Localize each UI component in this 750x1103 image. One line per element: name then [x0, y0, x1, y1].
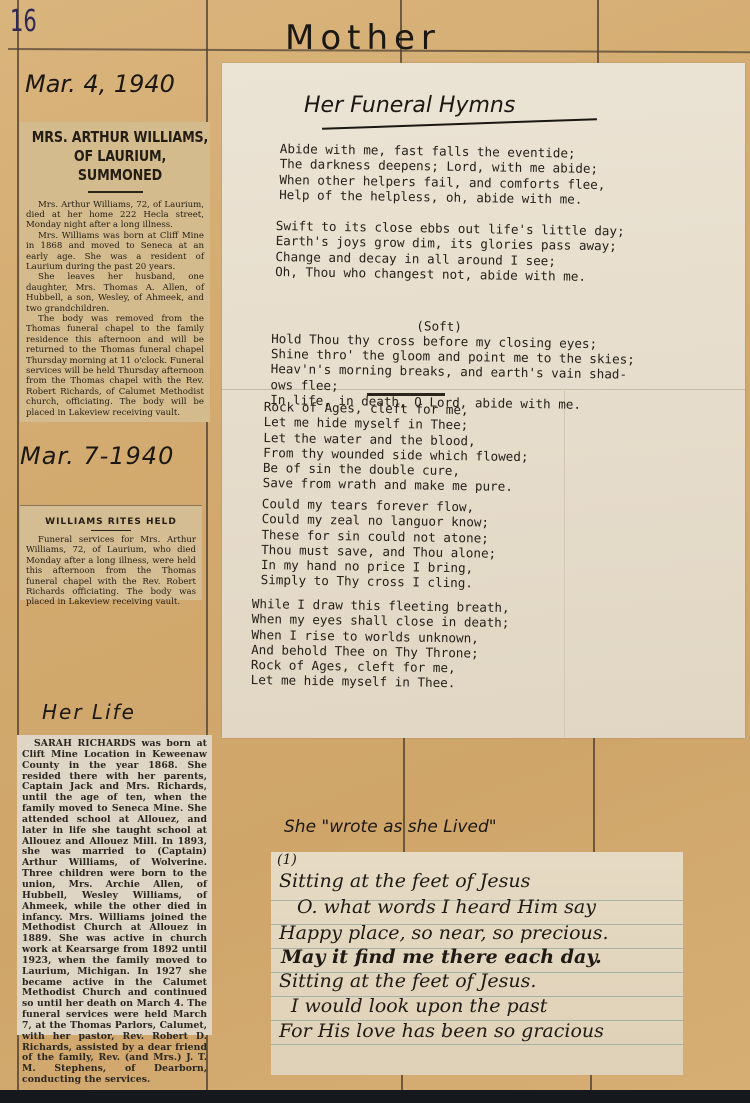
ruled-line: [271, 1044, 683, 1045]
poem-line: For His love has been so gracious: [279, 1020, 604, 1042]
hymn2-verse2: Could my tears forever flow, Could my ze…: [261, 496, 497, 591]
clipping-paragraph: The body was removed from the Thomas fun…: [26, 314, 204, 418]
scan-border: [0, 1090, 750, 1103]
poem-caption: She "wrote as she Lived": [284, 817, 497, 837]
clipping-paragraph: SARAH RICHARDS was born at Clift Mine Lo…: [22, 739, 207, 1086]
hymn1-verse2: Swift to its close ebbs out life's littl…: [275, 218, 625, 285]
clipping-paragraph: Mrs. Williams was born at Cliff Mine in …: [26, 231, 204, 273]
divider: [367, 393, 445, 396]
poem-line: O. what words I heard Him say: [297, 896, 596, 918]
handwritten-poem: (1) Sitting at the feet of Jesus O. what…: [271, 852, 683, 1075]
biography-clipping: SARAH RICHARDS was born at Clift Mine Lo…: [17, 735, 212, 1035]
hymns-sheet: Her Funeral Hymns Abide with me, fast fa…: [222, 63, 745, 738]
her-life-label: Her Life: [42, 700, 136, 724]
poem-line: Sitting at the feet of Jesus.: [279, 970, 536, 992]
hymns-title: Her Funeral Hymns: [304, 93, 515, 118]
hymn2-verse3: While I draw this fleeting breath, When …: [251, 596, 510, 692]
grid-line: [597, 0, 599, 70]
divider: [91, 530, 131, 531]
obituary-clipping: MRS. ARTHUR WILLIAMS, OF LAURIUM, SUMMON…: [20, 122, 210, 422]
clipping-paragraph: She leaves her husband, one daughter, Mr…: [26, 272, 204, 314]
date-label-2: Mar. 7-1940: [20, 442, 174, 470]
clipping-paragraph: Funeral services for Mrs. Arthur William…: [26, 535, 196, 608]
hymn1-verse1: Abide with me, fast falls the eventide; …: [279, 141, 606, 207]
title-underline: [322, 118, 597, 129]
grid-line: [590, 1075, 592, 1090]
date-label-1: Mar. 4, 1940: [25, 70, 175, 98]
clipping-paragraph: Mrs. Arthur Williams, 72, of Laurium, di…: [26, 200, 204, 231]
funeral-notice-clipping: WILLIAMS RITES HELD Funeral services for…: [20, 505, 202, 600]
clipping-headline: MRS. ARTHUR WILLIAMS, OF LAURIUM, SUMMON…: [30, 128, 210, 185]
poem-line: Happy place, so near, so precious.: [279, 922, 609, 944]
fold-line: [564, 389, 565, 738]
poem-number: (1): [277, 852, 297, 868]
poem-line: Sitting at the feet of Jesus: [279, 870, 530, 892]
grid-line: [401, 1075, 403, 1090]
page-number: 16: [10, 4, 37, 39]
grid-line: [593, 738, 595, 853]
hymn2-verse1: Rock of Ages, cleft for me, Let me hide …: [263, 399, 530, 495]
poem-line: I would look upon the past: [291, 995, 547, 1017]
poem-line: May it find me there each day.: [281, 946, 602, 968]
scrapbook-page: 16 Mother Mar. 4, 1940 MRS. ARTHUR WILLI…: [0, 0, 750, 1090]
divider: [88, 191, 143, 193]
clipping-headline: WILLIAMS RITES HELD: [26, 517, 196, 527]
page-title: Mother: [285, 18, 441, 58]
